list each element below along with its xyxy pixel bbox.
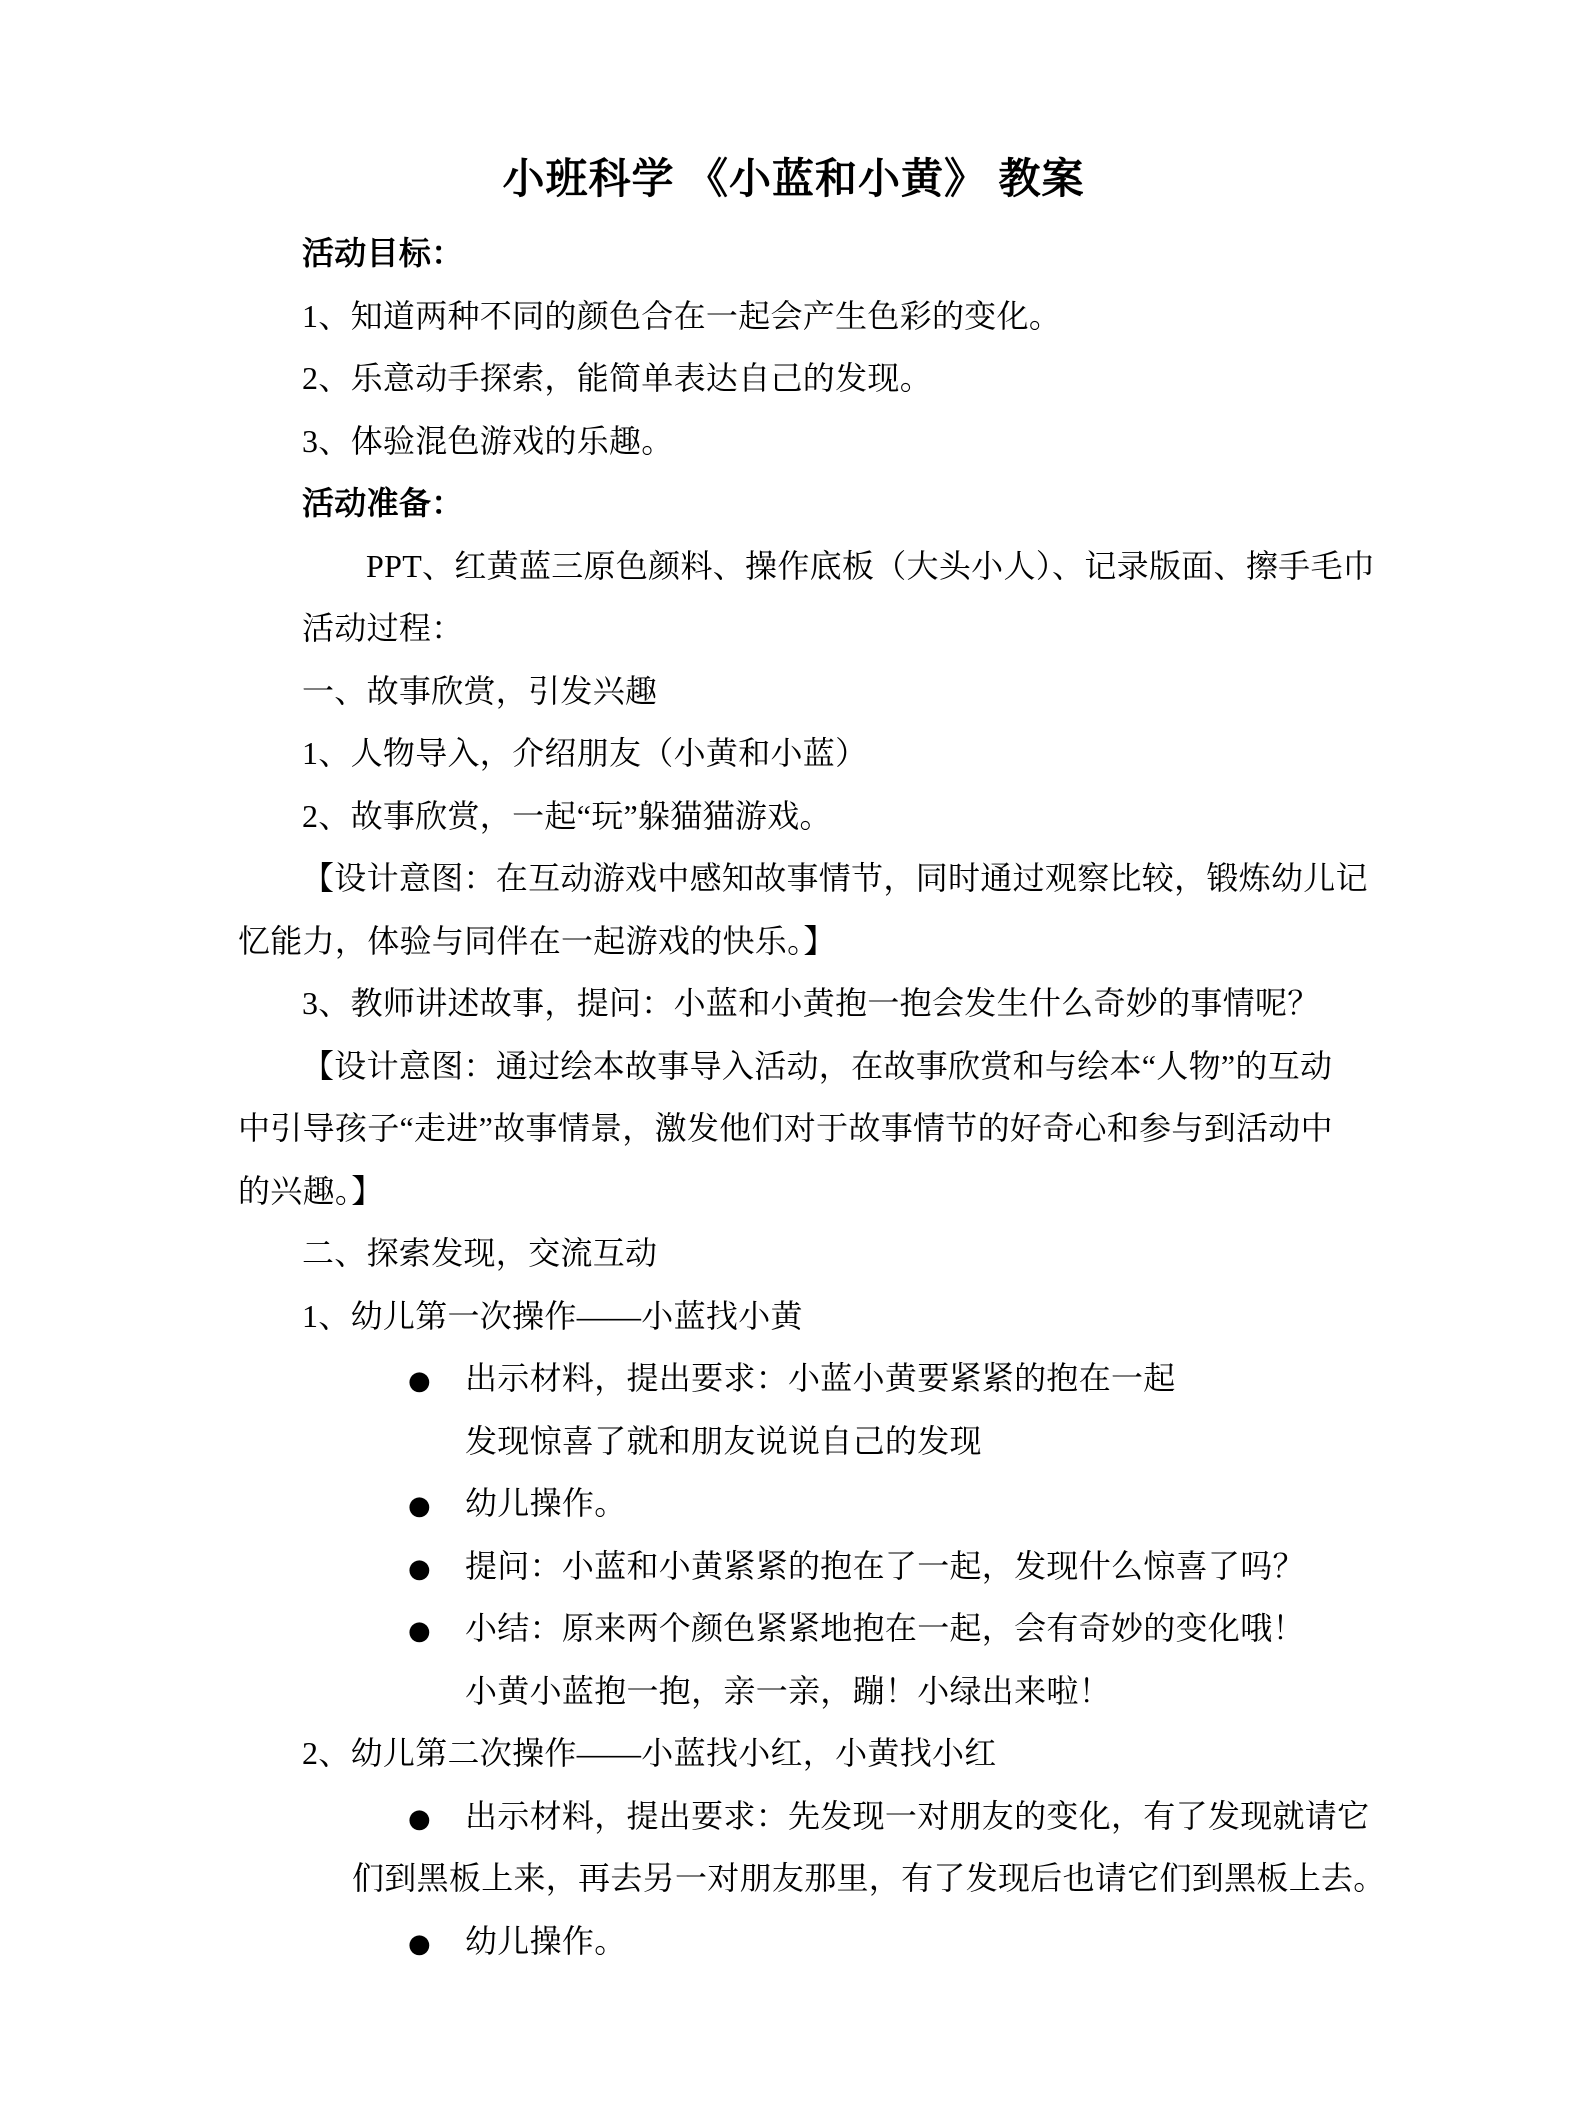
bullet-item-text: 幼儿操作。	[465, 1485, 627, 1521]
design-intent-2-line-2: 中引导孩子“走进”故事情景，激发他们对于故事情节的好奇心和参与到活动中	[238, 1097, 1587, 1160]
bullet-item-materials-2-cont: 们到黑板上来，再去另一对朋友那里，有了发现后也请它们到黑板上去。	[352, 1847, 1587, 1910]
operation-2-heading: 2、幼儿第二次操作——小蓝找小红，小黄找小红	[302, 1722, 1587, 1785]
heading-activity-goals: 活动目标：	[302, 222, 1587, 285]
goal-item-2: 2、乐意动手探索，能简单表达自己的发现。	[302, 347, 1587, 410]
bullet-item-materials-2: ●出示材料，提出要求：先发现一对朋友的变化，有了发现就请它	[408, 1785, 1587, 1848]
preparation-materials: PPT、红黄蓝三原色颜料、操作底板（大头小人）、记录版面、擦手毛巾	[366, 535, 1587, 598]
section-2-heading: 二、探索发现，交流互动	[302, 1222, 1587, 1285]
lesson-plan-document: 小班科学 《小蓝和小黄》 教案 活动目标： 1、知道两种不同的颜色合在一起会产生…	[0, 0, 1587, 2112]
heading-activity-process: 活动过程：	[302, 597, 1587, 660]
goal-item-3: 3、体验混色游戏的乐趣。	[302, 410, 1587, 473]
design-intent-2-line-1: 【设计意图：通过绘本故事导入活动，在故事欣赏和与绘本“人物”的互动	[302, 1035, 1587, 1098]
bullet-icon: ●	[408, 1913, 465, 1976]
design-intent-1-line-2: 忆能力，体验与同伴在一起游戏的快乐。】	[238, 910, 1587, 973]
bullet-item-text: 出示材料，提出要求：小蓝小黄要紧紧的抱在一起	[465, 1360, 1176, 1396]
design-intent-2-line-3: 的兴趣。】	[238, 1160, 1587, 1223]
bullet-item-children-operate-2: ●幼儿操作。	[408, 1910, 1587, 1973]
bullet-item-materials-1-cont: 发现惊喜了就和朋友说说自己的发现	[465, 1410, 1587, 1473]
goal-item-1: 1、知道两种不同的颜色合在一起会产生色彩的变化。	[302, 285, 1587, 348]
bullet-item-text: 出示材料，提出要求：先发现一对朋友的变化，有了发现就请它	[465, 1798, 1369, 1834]
bullet-item-text: 幼儿操作。	[465, 1923, 627, 1959]
bullet-item-summary-cont: 小黄小蓝抱一抱，亲一亲，蹦！小绿出来啦！	[465, 1660, 1587, 1723]
bullet-icon: ●	[408, 1788, 465, 1851]
bullet-item-text: 小结：原来两个颜色紧紧地抱在一起，会有奇妙的变化哦！	[465, 1610, 1305, 1646]
bullet-item-children-operate-1: ●幼儿操作。	[408, 1472, 1587, 1535]
bullet-icon: ●	[408, 1538, 465, 1601]
document-body: 活动目标： 1、知道两种不同的颜色合在一起会产生色彩的变化。 2、乐意动手探索，…	[0, 222, 1587, 1972]
bullet-icon: ●	[408, 1600, 465, 1663]
section-1-step-1: 1、人物导入，介绍朋友（小黄和小蓝）	[302, 722, 1587, 785]
operation-1-heading: 1、幼儿第一次操作——小蓝找小黄	[302, 1285, 1587, 1348]
section-1-heading: 一、故事欣赏，引发兴趣	[302, 660, 1587, 723]
bullet-item-text: 提问：小蓝和小黄紧紧的抱在了一起，发现什么惊喜了吗？	[465, 1548, 1305, 1584]
section-1-step-2: 2、故事欣赏，一起“玩”躲猫猫游戏。	[302, 785, 1587, 848]
document-title: 小班科学 《小蓝和小黄》 教案	[0, 149, 1587, 211]
bullet-item-materials-1: ●出示材料，提出要求：小蓝小黄要紧紧的抱在一起	[408, 1347, 1587, 1410]
bullet-icon: ●	[408, 1350, 465, 1413]
heading-activity-preparation: 活动准备：	[302, 472, 1587, 535]
bullet-item-question: ●提问：小蓝和小黄紧紧的抱在了一起，发现什么惊喜了吗？	[408, 1535, 1587, 1598]
bullet-item-summary: ●小结：原来两个颜色紧紧地抱在一起，会有奇妙的变化哦！	[408, 1597, 1587, 1660]
section-1-step-3: 3、教师讲述故事，提问：小蓝和小黄抱一抱会发生什么奇妙的事情呢？	[302, 972, 1587, 1035]
bullet-icon: ●	[408, 1475, 465, 1538]
design-intent-1-line-1: 【设计意图：在互动游戏中感知故事情节，同时通过观察比较，锻炼幼儿记	[302, 847, 1587, 910]
